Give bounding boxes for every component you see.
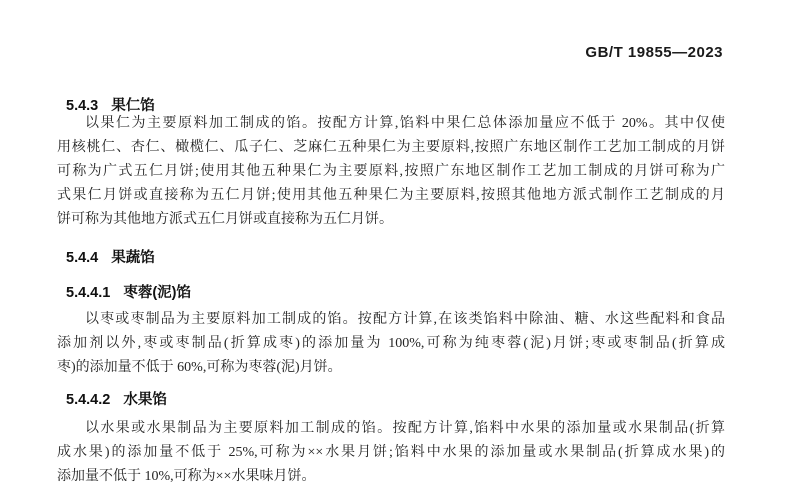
document-page: GB/T 19855—2023 5.4.3果仁馅 以果仁为主要原料加工制成的馅。… xyxy=(0,0,800,492)
text-line: 以水果或水果制品为主要原料加工制成的馅。按配方计算,馅料中水果的添加量或水果制品… xyxy=(57,417,725,441)
heading-number: 5.4.4.2 xyxy=(66,392,110,408)
heading-title: 水果馅 xyxy=(123,392,167,408)
text-line: 饼可称为其他地方派式五仁月饼或直接称为五仁月饼。 xyxy=(57,208,725,232)
heading-number: 5.4.4.1 xyxy=(66,285,110,301)
text-line: 添加剂以外,枣或枣制品(折算成枣)的添加量为 100%,可称为纯枣蓉(泥)月饼;… xyxy=(57,332,725,356)
text-line: 成水果)的添加量不低于 25%,可称为××水果月饼;馅料中水果的添加量或水果制品… xyxy=(57,441,725,465)
heading-number: 5.4.4 xyxy=(66,250,98,266)
paragraph-fruit-filling: 以水果或水果制品为主要原料加工制成的馅。按配方计算,馅料中水果的添加量或水果制品… xyxy=(57,417,725,489)
text-line: 枣)的添加量不低于 60%,可称为枣蓉(泥)月饼。 xyxy=(57,356,725,380)
text-line: 添加量不低于 10%,可称为××水果味月饼。 xyxy=(57,465,725,489)
section-heading-5-4-4: 5.4.4果蔬馅 xyxy=(66,246,155,267)
heading-title: 枣蓉(泥)馅 xyxy=(123,285,191,301)
text-line: 可称为广式五仁月饼;使用其他五种果仁为主要原料,按照广东地区制作工艺加工制成的月… xyxy=(57,160,725,184)
doc-number: GB/T 19855—2023 xyxy=(585,44,723,61)
section-heading-5-4-4-2: 5.4.4.2水果馅 xyxy=(66,388,167,409)
text-line: 用核桃仁、杏仁、橄榄仁、瓜子仁、芝麻仁五种果仁为主要原料,按照广东地区制作工艺加… xyxy=(57,136,725,160)
paragraph-nut-filling: 以果仁为主要原料加工制成的馅。按配方计算,馅料中果仁总体添加量应不低于 20%。… xyxy=(57,112,725,232)
paragraph-jujube-filling: 以枣或枣制品为主要原料加工制成的馅。按配方计算,在该类馅料中除油、糖、水这些配料… xyxy=(57,308,725,380)
text-line: 以果仁为主要原料加工制成的馅。按配方计算,馅料中果仁总体添加量应不低于 20%。… xyxy=(57,112,725,136)
text-line: 以枣或枣制品为主要原料加工制成的馅。按配方计算,在该类馅料中除油、糖、水这些配料… xyxy=(57,308,725,332)
text-line: 式果仁月饼或直接称为五仁月饼;使用其他五种果仁为主要原料,按照其他地方派式制作工… xyxy=(57,184,725,208)
heading-title: 果蔬馅 xyxy=(111,250,155,266)
section-heading-5-4-4-1: 5.4.4.1枣蓉(泥)馅 xyxy=(66,281,191,302)
